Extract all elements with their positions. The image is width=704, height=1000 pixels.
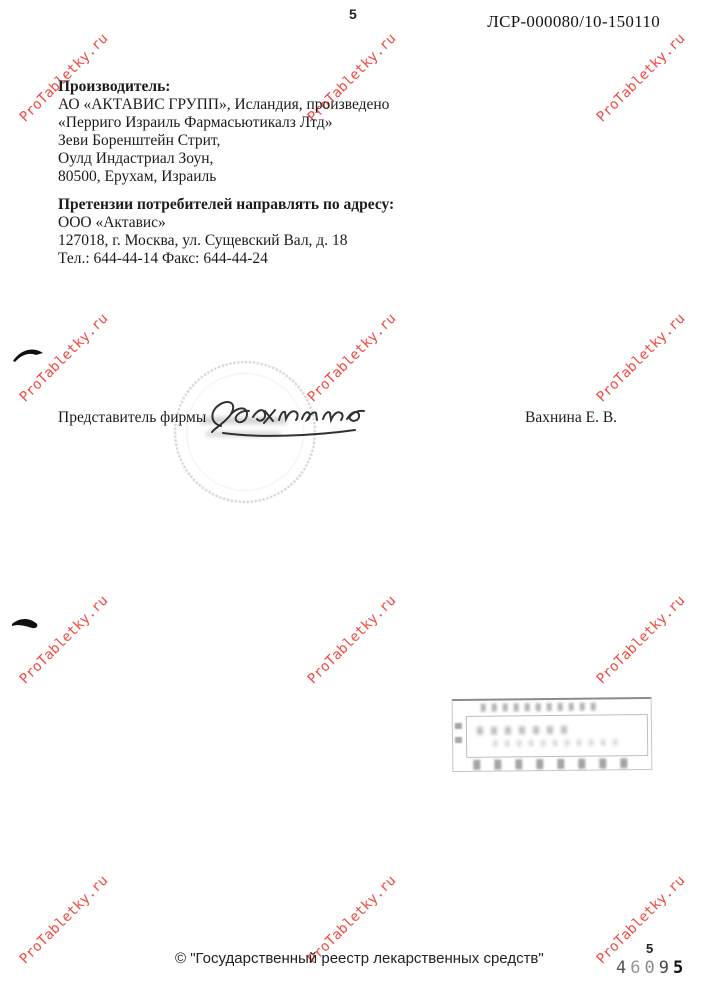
serial-digit: 4: [616, 958, 630, 978]
page-number-bottom: 5: [646, 941, 653, 956]
block-gap: [58, 186, 488, 196]
producer-heading: Производитель:: [58, 78, 488, 96]
producer-line: «Перриго Израиль Фармасьютикалз Лтд»: [58, 114, 488, 132]
page-number-top: 5: [349, 6, 357, 22]
producer-line: АО «АКТАВИС ГРУПП», Исландия, произведен…: [58, 96, 488, 114]
ink-mark-artifact: [10, 614, 42, 636]
claims-heading: Претензии потребителей направлять по адр…: [58, 196, 488, 214]
representative-name: Вахнина Е. В.: [525, 409, 617, 427]
serial-digit: 0: [645, 958, 659, 978]
serial-digit: 5: [673, 958, 687, 978]
watermark-protabletky: ProTabletky.ru: [592, 29, 690, 127]
document-page: ProTabletky.ru ProTabletky.ru ProTabletk…: [0, 0, 704, 1000]
watermark-protabletky: ProTabletky.ru: [303, 591, 401, 689]
serial-digit: 9: [659, 958, 673, 978]
watermark-protabletky: ProTabletky.ru: [592, 591, 690, 689]
producer-line: Оулд Индастриал Зоун,: [58, 150, 488, 168]
watermark-protabletky: ProTabletky.ru: [592, 309, 690, 407]
address-text-column: Производитель: АО «АКТАВИС ГРУПП», Ислан…: [58, 78, 488, 268]
stamp-left-marks: [455, 723, 462, 751]
watermark-protabletky: ProTabletky.ru: [15, 871, 113, 969]
footer-copyright: © "Государственный реестр лекарственных …: [175, 950, 544, 967]
serial-digit: 6: [630, 958, 644, 978]
serial-stamp-number: 46095: [616, 958, 687, 978]
producer-line: Зеви Боренштейн Стрит,: [58, 132, 488, 150]
producer-line: 80500, Ерухам, Израиль: [58, 168, 488, 186]
representative-label: Представитель фирмы: [58, 409, 206, 427]
claims-line: Тел.: 644-44-14 Факс: 644-44-24: [58, 250, 488, 268]
rectangular-stamp: [452, 697, 653, 772]
handwritten-signature: [203, 386, 373, 444]
registration-number: ЛСР-000080/10-150110: [487, 12, 660, 32]
ink-mark-artifact: [12, 344, 46, 370]
watermark-protabletky: ProTabletky.ru: [15, 591, 113, 689]
claims-line: 127018, г. Москва, ул. Сущевский Вал, д.…: [58, 232, 488, 250]
claims-line: ООО «Актавис»: [58, 214, 488, 232]
stamp-inner-box: [466, 714, 648, 758]
stamp-illegible-row: [477, 726, 567, 735]
watermark-protabletky: ProTabletky.ru: [592, 871, 690, 969]
stamp-illegible-row: [473, 758, 638, 770]
stamp-illegible-row: [481, 702, 601, 711]
